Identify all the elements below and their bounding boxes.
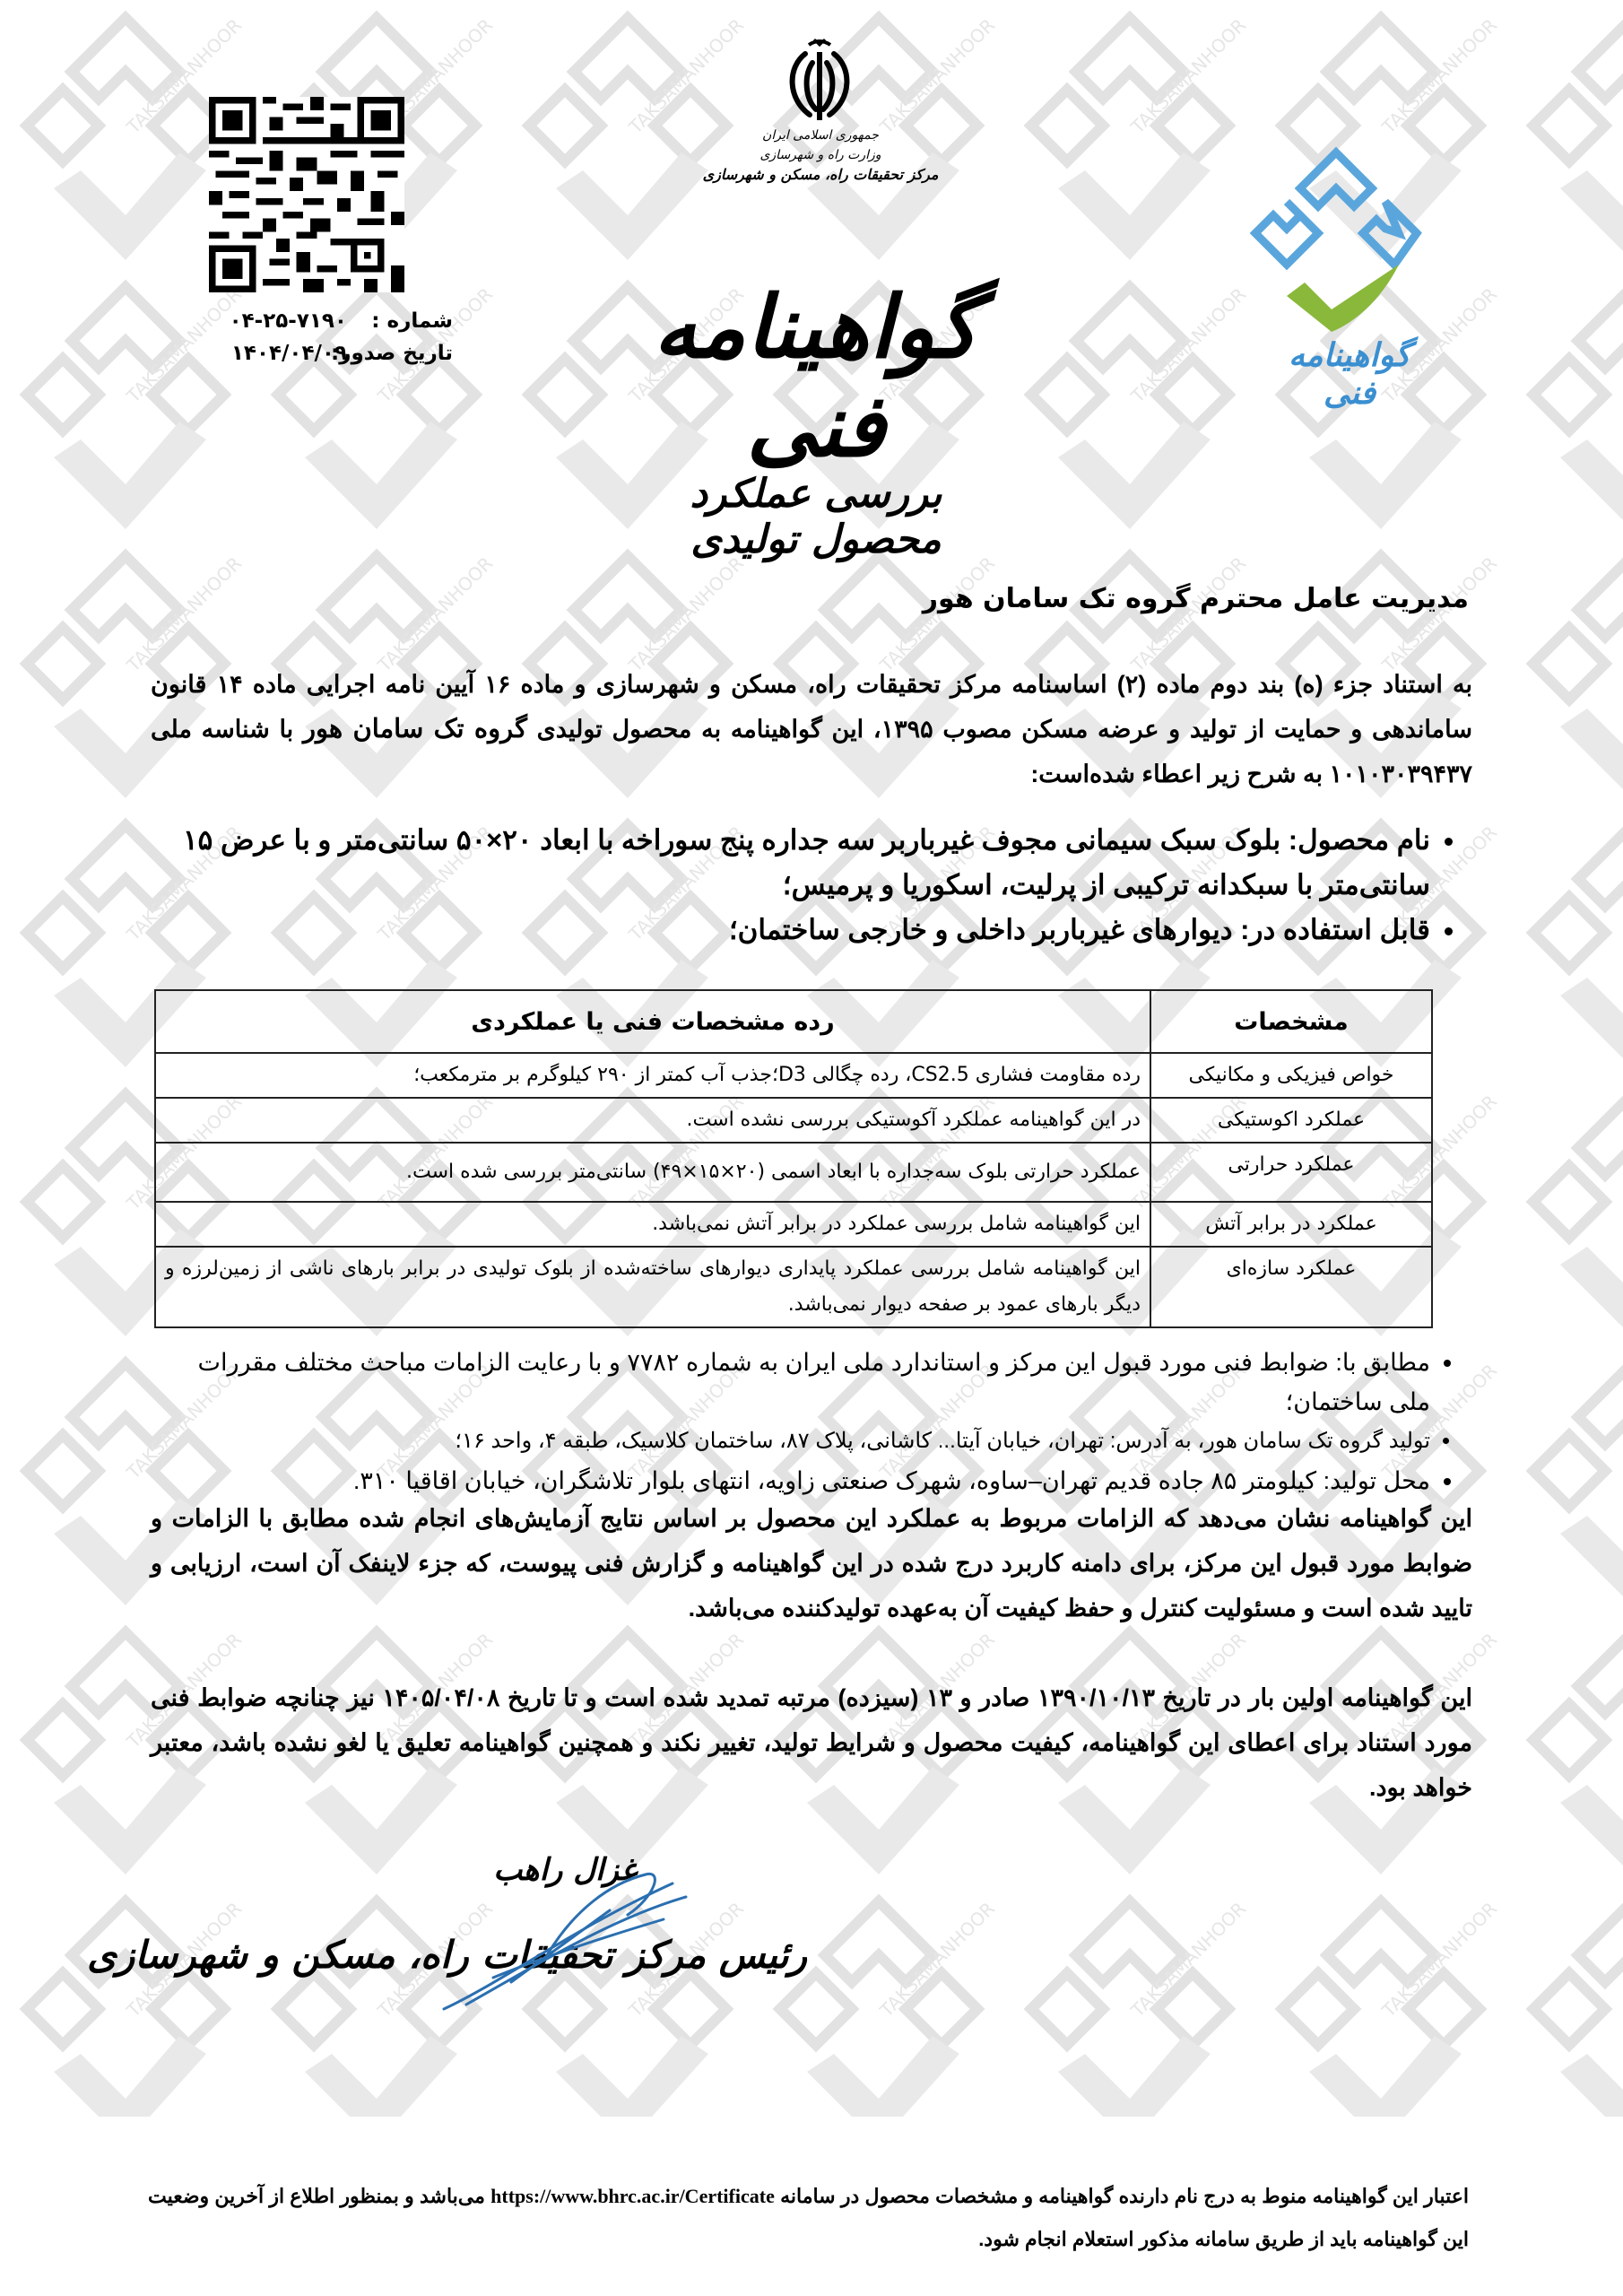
table-row: عملکرد حرارتی عملکرد حرارتی بلوک سه‌جدار… [155,1143,1432,1202]
table-row: خواص فیزیکی و مکانیکی رده مقاومت فشاری C… [155,1053,1432,1098]
row-value: عملکرد حرارتی بلوک سه‌جداره با ابعاد اسم… [155,1143,1150,1202]
issue-date-label: تاریخ صدور: [354,337,453,370]
row-value: این گواهینامه شامل بررسی عملکرد پایداری … [155,1247,1150,1327]
page-title: گواهینامه فنی [646,278,986,475]
issue-date: ۱۴۰۴/۰۴/۰۹ [231,342,347,365]
row-value: این گواهینامه شامل بررسی عملکرد در برابر… [155,1202,1150,1247]
ministry-line-1: جمهوری اسلامی ایران [699,126,942,145]
number-label: شماره : [354,305,453,337]
certificate-portal-link[interactable]: https://www.bhrc.ac.ir/Certificate [490,2185,775,2207]
row-name: عملکرد حرارتی [1150,1143,1432,1202]
producer-address-bullet: تولید گروه تک سامان هور، به آدرس: تهران،… [151,1422,1430,1461]
iran-emblem-icon [778,36,861,126]
certificate-number-row: شماره : ۰۴-۲۵-۷۱۹۰ [184,305,453,337]
row-name: عملکرد سازه‌ای [1150,1247,1432,1327]
technical-certificate-logo-icon [1237,130,1435,332]
product-name-bullet: نام محصول: بلوک سبک سیمانی مجوف غیرباربر… [151,818,1430,908]
footer-note: اعتبار این گواهینامه منوط به درج نام دار… [148,2175,1469,2261]
compliance-bullets: مطابق با: ضوابط فنی مورد قبول این مرکز و… [151,1343,1466,1500]
ministry-line-3: مرکز تحقیقات راه، مسکن و شهرسازی [699,165,942,185]
logo-caption: گواهینامه فنی [1273,336,1426,412]
signature-scribble-icon [341,1848,807,2054]
production-site-bullet: محل تولید: کیلومتر ۸۵ جاده قدیم تهران–سا… [151,1461,1430,1500]
column-header-value: رده مشخصات فنی یا عملکردی [155,990,1150,1053]
ministry-heading: جمهوری اسلامی ایران وزارت راه و شهرسازی … [699,126,942,185]
row-value: رده مقاومت فشاری CS2.5، رده چگالی D3؛جذب… [155,1053,1150,1098]
column-header-spec: مشخصات [1150,990,1432,1053]
intro-paragraph: به استناد جزء (ه) بند دوم ماده (۲) اساسن… [151,662,1472,796]
qr-code [209,97,404,292]
product-bullets: نام محصول: بلوک سبک سیمانی مجوف غیرباربر… [151,818,1466,952]
table-row: عملکرد سازه‌ای این گواهینامه شامل بررسی … [155,1247,1432,1327]
application-bullet: قابل استفاده در: دیوارهای غیرباربر داخلی… [151,908,1430,952]
specifications-table: مشخصات رده مشخصات فنی یا عملکردی خواص فی… [154,989,1433,1328]
row-name: خواص فیزیکی و مکانیکی [1150,1053,1432,1098]
company-name: گروه تک سامان هور [303,715,527,744]
certificate-number: ۰۴-۲۵-۷۱۹۰ [230,309,347,333]
compliance-bullet: مطابق با: ضوابط فنی مورد قبول این مرکز و… [151,1343,1430,1422]
table-header-row: مشخصات رده مشخصات فنی یا عملکردی [155,990,1432,1053]
footer-text-before: اعتبار این گواهینامه منوط به درج نام دار… [780,2185,1469,2207]
salutation: مدیریت عامل محترم گروه تک سامان هور [923,583,1469,614]
validation-paragraph: این گواهینامه نشان می‌دهد که الزامات مرب… [151,1496,1472,1631]
row-name: عملکرد در برابر آتش [1150,1202,1432,1247]
table-row: عملکرد در برابر آتش این گواهینامه شامل ب… [155,1202,1432,1247]
table-row: عملکرد اکوستیکی در این گواهینامه عملکرد … [155,1098,1432,1143]
page-subtitle: بررسی عملکرد محصول تولیدی [628,471,1004,562]
issue-date-row: تاریخ صدور: ۱۴۰۴/۰۴/۰۹ [184,337,453,370]
validity-paragraph: این گواهینامه اولین بار در تاریخ ۱۳۹۰/۱۰… [151,1675,1472,1810]
row-value: در این گواهینامه عملکرد آکوستیکی بررسی ن… [155,1098,1150,1143]
ministry-line-2: وزارت راه و شهرسازی [699,145,942,165]
signature-block: غزال راهب رئیس مرکز تحقیقات راه، مسکن و … [341,1848,807,2054]
row-name: عملکرد اکوستیکی [1150,1098,1432,1143]
certificate-meta: شماره : ۰۴-۲۵-۷۱۹۰ تاریخ صدور: ۱۴۰۴/۰۴/۰… [184,305,453,370]
